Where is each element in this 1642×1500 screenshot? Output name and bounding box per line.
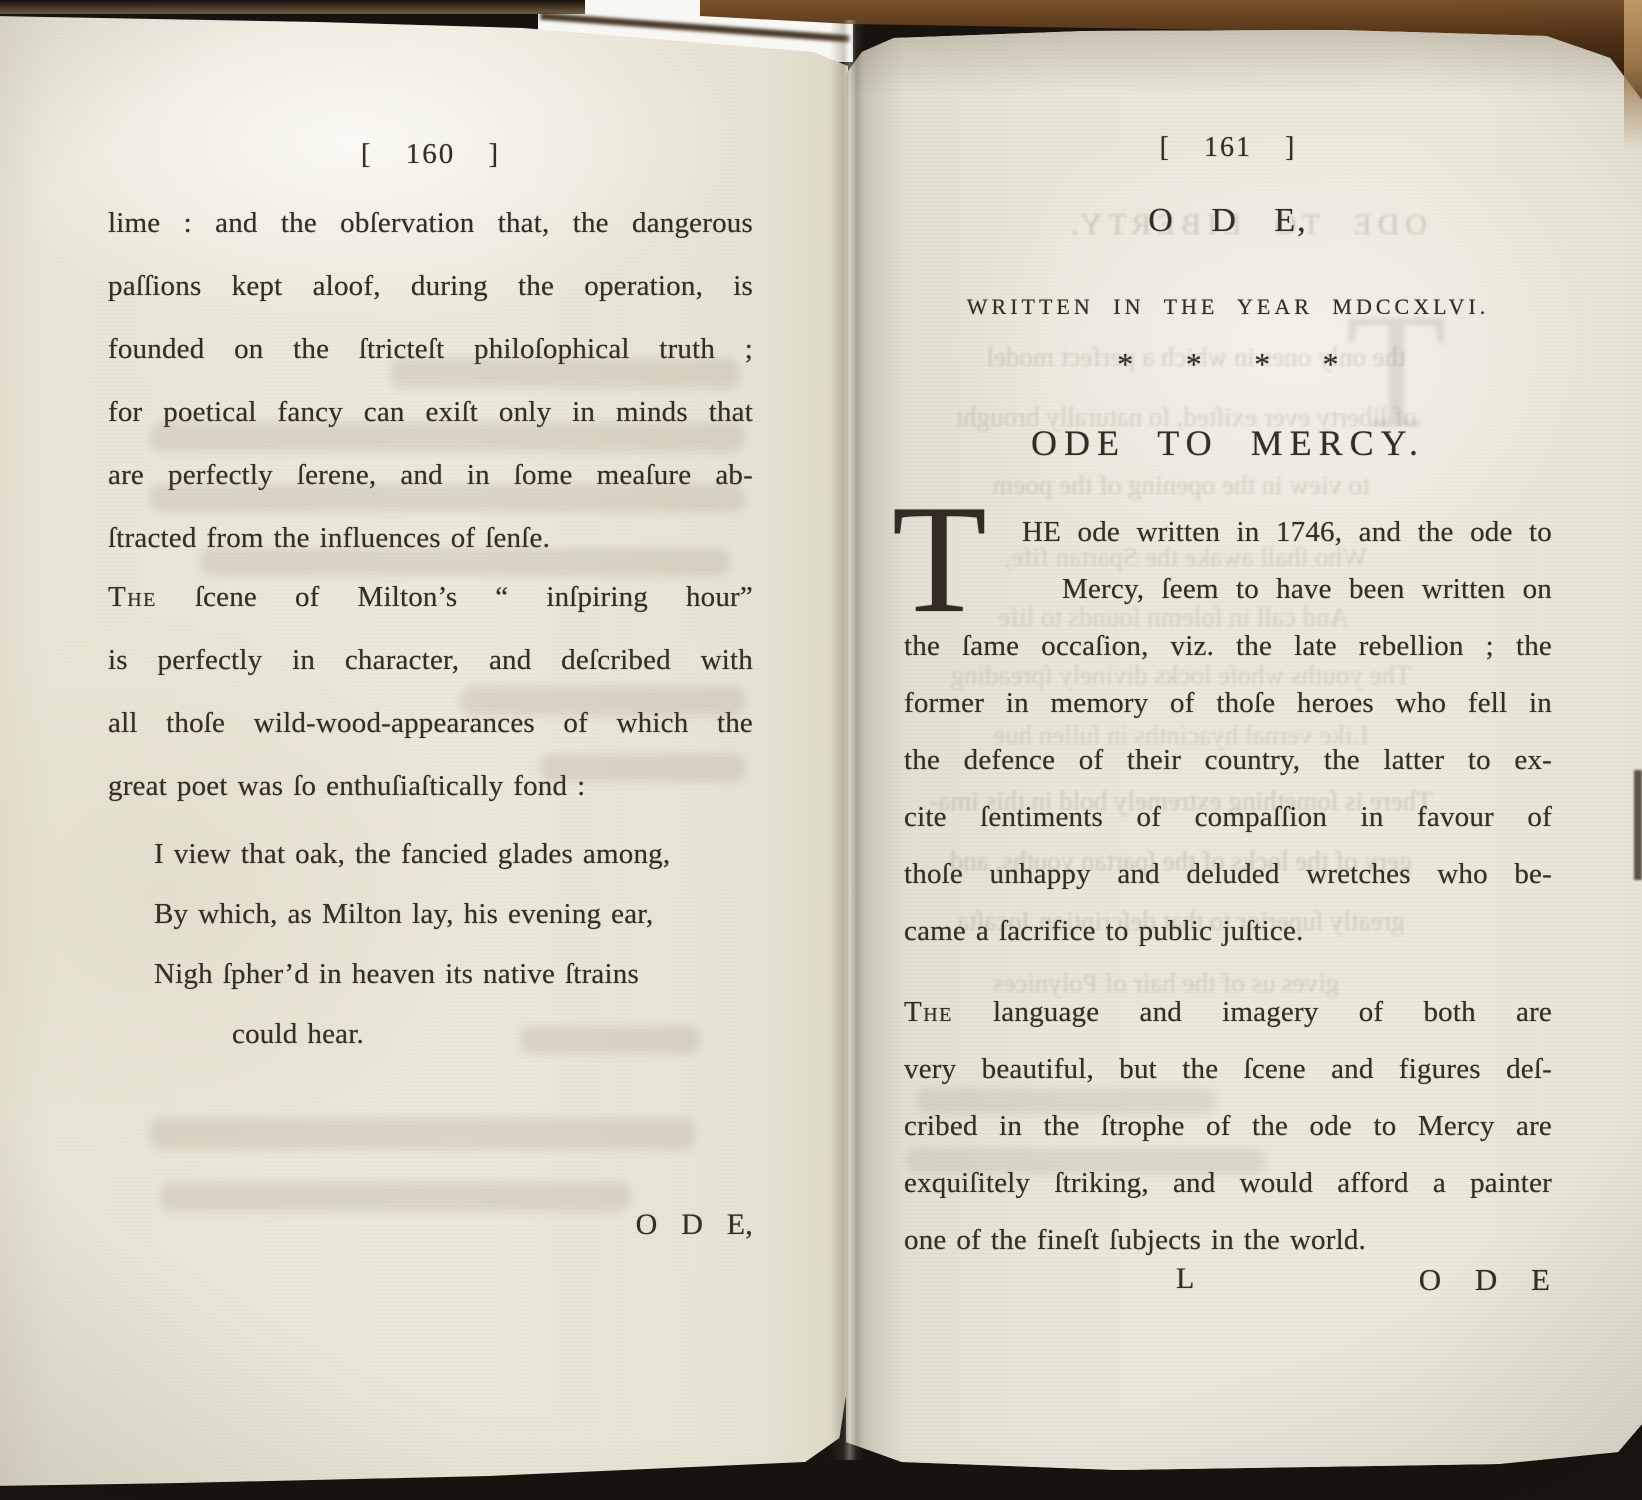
small-caps-lead: The <box>904 996 953 1028</box>
book-top-edge-strip <box>0 0 585 14</box>
text-line: is perfectly in character, and deſcribed… <box>108 629 753 692</box>
asterisk-row: * * * * <box>904 346 1552 383</box>
ode-heading: O D E, <box>904 202 1552 240</box>
line-text: language and imagery of both are <box>953 996 1552 1028</box>
line-text: paſſions kept aloof, during the operatio… <box>108 270 753 302</box>
catchword-left: O D E, <box>108 1208 753 1242</box>
poem-line: Nigh ſpher’d in heaven its native ſtrain… <box>108 944 753 1004</box>
line-text: the defence of their country, the latter… <box>904 744 1552 776</box>
line-text: very beautiful, but the ſcene and figure… <box>904 1053 1552 1085</box>
line-text: By which, as Milton lay, his evening ear… <box>154 898 653 930</box>
signature-mark: L <box>1176 1262 1195 1296</box>
catchword-right: O D E <box>1419 1262 1552 1298</box>
line-text: one of the fineſt ſubjects in the world. <box>904 1224 1366 1256</box>
text-line: one of the fineſt ſubjects in the world. <box>904 1212 1552 1269</box>
show-through-smudge <box>150 484 745 512</box>
page-number-left: [ 160 ] <box>108 138 753 171</box>
show-through-smudge <box>520 1026 700 1054</box>
line-text: cribed in the ſtrophe of the ode to Merc… <box>904 1110 1552 1142</box>
text-line: exquiſitely ſtriking, and would afford a… <box>904 1155 1552 1212</box>
line-text: came a ſacrifice to public juſtice. <box>904 915 1304 947</box>
line-text: cite ſentiments of compaſſion in favour … <box>904 801 1552 833</box>
text-line: cribed in the ſtrophe of the ode to Merc… <box>904 1098 1552 1155</box>
show-through-smudge <box>150 422 745 452</box>
page-number-right: [ 161 ] <box>904 132 1552 164</box>
small-caps-lead: The <box>108 581 157 613</box>
open-book-photo: [ 160 ] lime : and the obſervation that,… <box>0 0 1642 1500</box>
text-line: the ſame occaſion, viz. the late rebelli… <box>904 618 1552 675</box>
right-page: ODE TO LIBERTY. T the only ones in which… <box>846 26 1642 1474</box>
line-text: I view that oak, the fancied glades amon… <box>154 838 670 870</box>
page-footer: L O D E <box>904 1262 1552 1322</box>
poem-line: I view that oak, the fancied glades amon… <box>108 824 753 884</box>
right-paragraph-1: HE ode written in 1746, and the ode toMe… <box>904 504 1552 960</box>
text-line: The language and imagery of both are <box>904 984 1552 1041</box>
show-through-smudge <box>150 1118 695 1150</box>
fore-edge-shadow <box>1634 770 1642 880</box>
text-line: Mercy, ſeem to have been written on <box>904 561 1552 618</box>
line-text: former in memory of thoſe heroes who fel… <box>904 687 1552 719</box>
line-text: is perfectly in character, and deſcribed… <box>108 644 753 676</box>
show-through-line: to view in the opening of the poem <box>936 470 1426 501</box>
line-text: Mercy, ſeem to have been written on <box>1062 573 1552 605</box>
text-line: very beautiful, but the ſcene and figure… <box>904 1041 1552 1098</box>
text-line: thoſe unhappy and deluded wretches who b… <box>904 846 1552 903</box>
page-gutter <box>830 20 864 1460</box>
text-line: lime : and the obſervation that, the dan… <box>108 192 753 255</box>
text-line: former in memory of thoſe heroes who fel… <box>904 675 1552 732</box>
line-text: lime : and the obſervation that, the dan… <box>108 207 753 239</box>
show-through-smudge <box>460 686 745 716</box>
written-in-year-line: WRITTEN IN THE YEAR MDCCXLVI. <box>904 294 1552 320</box>
text-line: cite ſentiments of compaſſion in favour … <box>904 789 1552 846</box>
line-text: could hear. <box>232 1018 364 1050</box>
left-page: [ 160 ] lime : and the obſervation that,… <box>0 10 848 1486</box>
line-text: exquiſitely ſtriking, and would afford a… <box>904 1167 1552 1199</box>
text-line: paſſions kept aloof, during the operatio… <box>108 255 753 318</box>
show-through-smudge <box>200 548 730 576</box>
line-text: Nigh ſpher’d in heaven its native ſtrain… <box>154 958 639 990</box>
text-line: the defence of their country, the latter… <box>904 732 1552 789</box>
show-through-smudge <box>540 754 745 782</box>
text-line: came a ſacrifice to public juſtice. <box>904 903 1552 960</box>
right-paragraph-2: The language and imagery of both arevery… <box>904 984 1552 1269</box>
text-line: HE ode written in 1746, and the ode to <box>904 504 1552 561</box>
show-through-smudge <box>160 1182 630 1212</box>
line-text: the ſame occaſion, viz. the late rebelli… <box>904 630 1552 662</box>
line-text: HE ode written in 1746, and the ode to <box>1022 516 1552 548</box>
show-through-smudge <box>390 358 740 388</box>
ode-to-mercy-heading: ODE TO MERCY. <box>904 422 1552 464</box>
line-text: thoſe unhappy and deluded wretches who b… <box>904 858 1552 890</box>
line-text: ſcene of Milton’s “ inſpiring hour” <box>157 581 753 613</box>
fore-edge-strip <box>1624 0 1642 150</box>
line-text: great poet was ſo enthuſiaſtically fond … <box>108 770 585 802</box>
poem-line: By which, as Milton lay, his evening ear… <box>108 884 753 944</box>
